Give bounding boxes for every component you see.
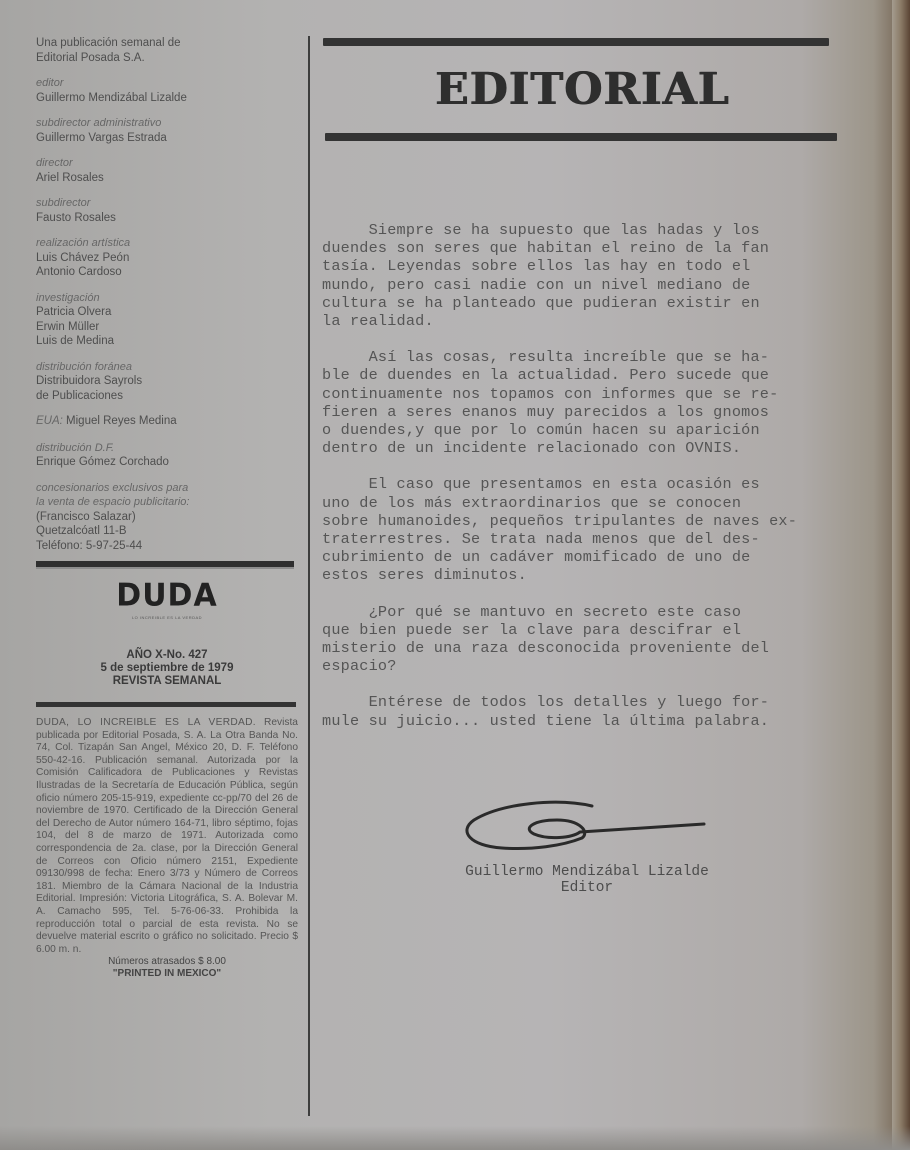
df-role: distribución D.F. <box>36 441 298 456</box>
ads-address: Quetzalcóatl 11-B <box>36 524 298 539</box>
staff-credit: realización artísticaLuis Chávez PeónAnt… <box>36 236 298 280</box>
eua-name: Miguel Reyes Medina <box>66 415 177 427</box>
staff-name: Fausto Rosales <box>36 211 298 226</box>
ads-credit: concesionarios exclusivos para la venta … <box>36 481 298 554</box>
staff-name: Luis de Medina <box>36 334 298 349</box>
masthead: Una publicación semanal de Editorial Pos… <box>36 36 298 980</box>
staff-credit: distribución foráneaDistribuidora Sayrol… <box>36 360 298 404</box>
publisher-line-2: Editorial Posada S.A. <box>36 51 298 66</box>
printed-in-mexico: "PRINTED IN MEXICO" <box>36 968 298 980</box>
duda-logo: DUDA LO INCREIBLE ES LA VERDAD <box>36 589 298 625</box>
staff-role: subdirector administrativo <box>36 116 298 131</box>
staff-role: director <box>36 156 298 171</box>
page-edge <box>892 0 910 1150</box>
staff-name: Antonio Cardoso <box>36 265 298 280</box>
legal-text: Revista publicada por Editorial Posada, … <box>36 717 298 955</box>
issue-frequency: REVISTA SEMANAL <box>36 675 298 688</box>
staff-name: Guillermo Mendizábal Lizalde <box>36 91 298 106</box>
staff-credit: directorAriel Rosales <box>36 156 298 185</box>
staff-name: Distribuidora Sayrols <box>36 374 298 389</box>
issue-date: 5 de septiembre de 1979 <box>36 662 298 675</box>
editorial-body: Siempre se ha supuesto que las hadas y l… <box>322 221 842 730</box>
staff-name: de Publicaciones <box>36 389 298 404</box>
publisher-line: Una publicación semanal de Editorial Pos… <box>36 36 298 65</box>
logo-wordmark: DUDA <box>116 589 217 604</box>
staff-credit: investigaciónPatricia OlveraErwin Müller… <box>36 291 298 349</box>
eua-credit: EUA: Miguel Reyes Medina <box>36 414 298 429</box>
publisher-line-1: Una publicación semanal de <box>36 36 298 51</box>
signer-name: Guillermo Mendizábal Lizalde <box>322 864 852 880</box>
staff-credit: subdirectorFausto Rosales <box>36 196 298 225</box>
issue-info: AÑO X-No. 427 5 de septiembre de 1979 RE… <box>36 649 298 688</box>
staff-name: Patricia Olvera <box>36 305 298 320</box>
ads-contact: (Francisco Salazar) <box>36 510 298 525</box>
editorial-paragraph: Siempre se ha supuesto que las hadas y l… <box>322 221 842 330</box>
editorial-paragraph: El caso que presentamos en esta ocasión … <box>322 475 842 584</box>
editorial-paragraph: ¿Por qué se mantuvo en secreto este caso… <box>322 603 842 676</box>
signer-title: Editor <box>322 880 852 896</box>
legal-notice: DUDA, LO INCREIBLE ES LA VERDAD. Revista… <box>36 717 298 956</box>
df-credit: distribución D.F. Enrique Gómez Corchado <box>36 441 298 470</box>
staff-name: Luis Chávez Peón <box>36 251 298 266</box>
staff-name: Ariel Rosales <box>36 171 298 186</box>
title-rule-top <box>323 38 829 46</box>
df-name: Enrique Gómez Corchado <box>36 455 298 470</box>
title-rule-bottom <box>325 133 837 141</box>
ads-role-1: concesionarios exclusivos para <box>36 481 298 496</box>
column-divider <box>308 36 310 1116</box>
back-issues-price: Números atrasados $ 8.00 <box>36 956 298 968</box>
page-bottom-shadow <box>0 1126 910 1150</box>
legal-footer: Números atrasados $ 8.00 "PRINTED IN MEX… <box>36 956 298 980</box>
editorial-section: EDITORIAL Siempre se ha supuesto que las… <box>322 38 842 748</box>
staff-role: realización artística <box>36 236 298 251</box>
signer-block: Guillermo Mendizábal Lizalde Editor <box>322 864 852 896</box>
editorial-title: EDITORIAL <box>322 64 842 115</box>
editorial-paragraph: Así las cosas, resulta increíble que se … <box>322 348 842 457</box>
editorial-paragraph: Entérese de todos los detalles y luego f… <box>322 693 842 729</box>
staff-role: investigación <box>36 291 298 306</box>
divider-rule <box>36 702 296 707</box>
staff-role: editor <box>36 76 298 91</box>
staff-role: subdirector <box>36 196 298 211</box>
staff-role: distribución foránea <box>36 360 298 375</box>
staff-list: editorGuillermo Mendizábal Lizaldesubdir… <box>36 76 298 403</box>
staff-credit: subdirector administrativoGuillermo Varg… <box>36 116 298 145</box>
staff-credit: editorGuillermo Mendizábal Lizalde <box>36 76 298 105</box>
staff-name: Guillermo Vargas Estrada <box>36 131 298 146</box>
ads-phone: Teléfono: 5-97-25-44 <box>36 539 298 554</box>
issue-number: AÑO X-No. 427 <box>36 649 298 662</box>
eua-label: EUA: <box>36 415 63 427</box>
divider-rule <box>36 561 294 567</box>
signature-icon <box>462 798 712 868</box>
legal-lead: DUDA, LO INCREIBLE ES LA VERDAD. <box>36 717 256 728</box>
staff-name: Erwin Müller <box>36 320 298 335</box>
ads-role-2: la venta de espacio publicitario: <box>36 495 298 510</box>
